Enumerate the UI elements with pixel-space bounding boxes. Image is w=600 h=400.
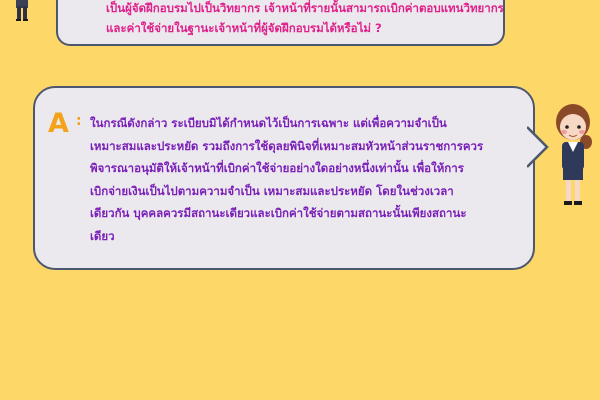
answerer-illustration <box>548 100 598 210</box>
question-line: เป็นผู้จัดฝึกอบรมไปเป็นวิทยากร เจ้าหน้าท… <box>106 0 496 19</box>
answer-label: A <box>48 108 69 139</box>
answer-line: เดียวกัน บุคคลควรมีสถานะเดียวและเบิกค่าใ… <box>90 202 510 225</box>
bubble-tail <box>527 125 549 169</box>
answer-line: เบิกจ่ายเงินเป็นไปตามความจำเป็น เหมาะสมแ… <box>90 180 510 203</box>
answer-line: พิจารณาอนุมัติให้เจ้าหน้าที่เบิกค่าใช้จ่… <box>90 157 510 180</box>
answer-line: เดียว <box>90 225 510 248</box>
answer-text: ในกรณีดังกล่าว ระเบียบมิได้กำหนดไว้เป็นก… <box>90 112 510 247</box>
question-line: และค่าใช้จ่ายในฐานะเจ้าหน้าที่ผู้จัดฝึกอ… <box>106 19 496 39</box>
answer-separator: : <box>76 113 82 129</box>
questioner-illustration <box>10 0 34 22</box>
answer-line: เหมาะสมและประหยัด รวมถึงการใช้ดุลยพินิจท… <box>90 135 510 158</box>
answer-line: ในกรณีดังกล่าว ระเบียบมิได้กำหนดไว้เป็นก… <box>90 112 510 135</box>
question-text: เป็นผู้จัดฝึกอบรมไปเป็นวิทยากร เจ้าหน้าท… <box>106 0 496 39</box>
